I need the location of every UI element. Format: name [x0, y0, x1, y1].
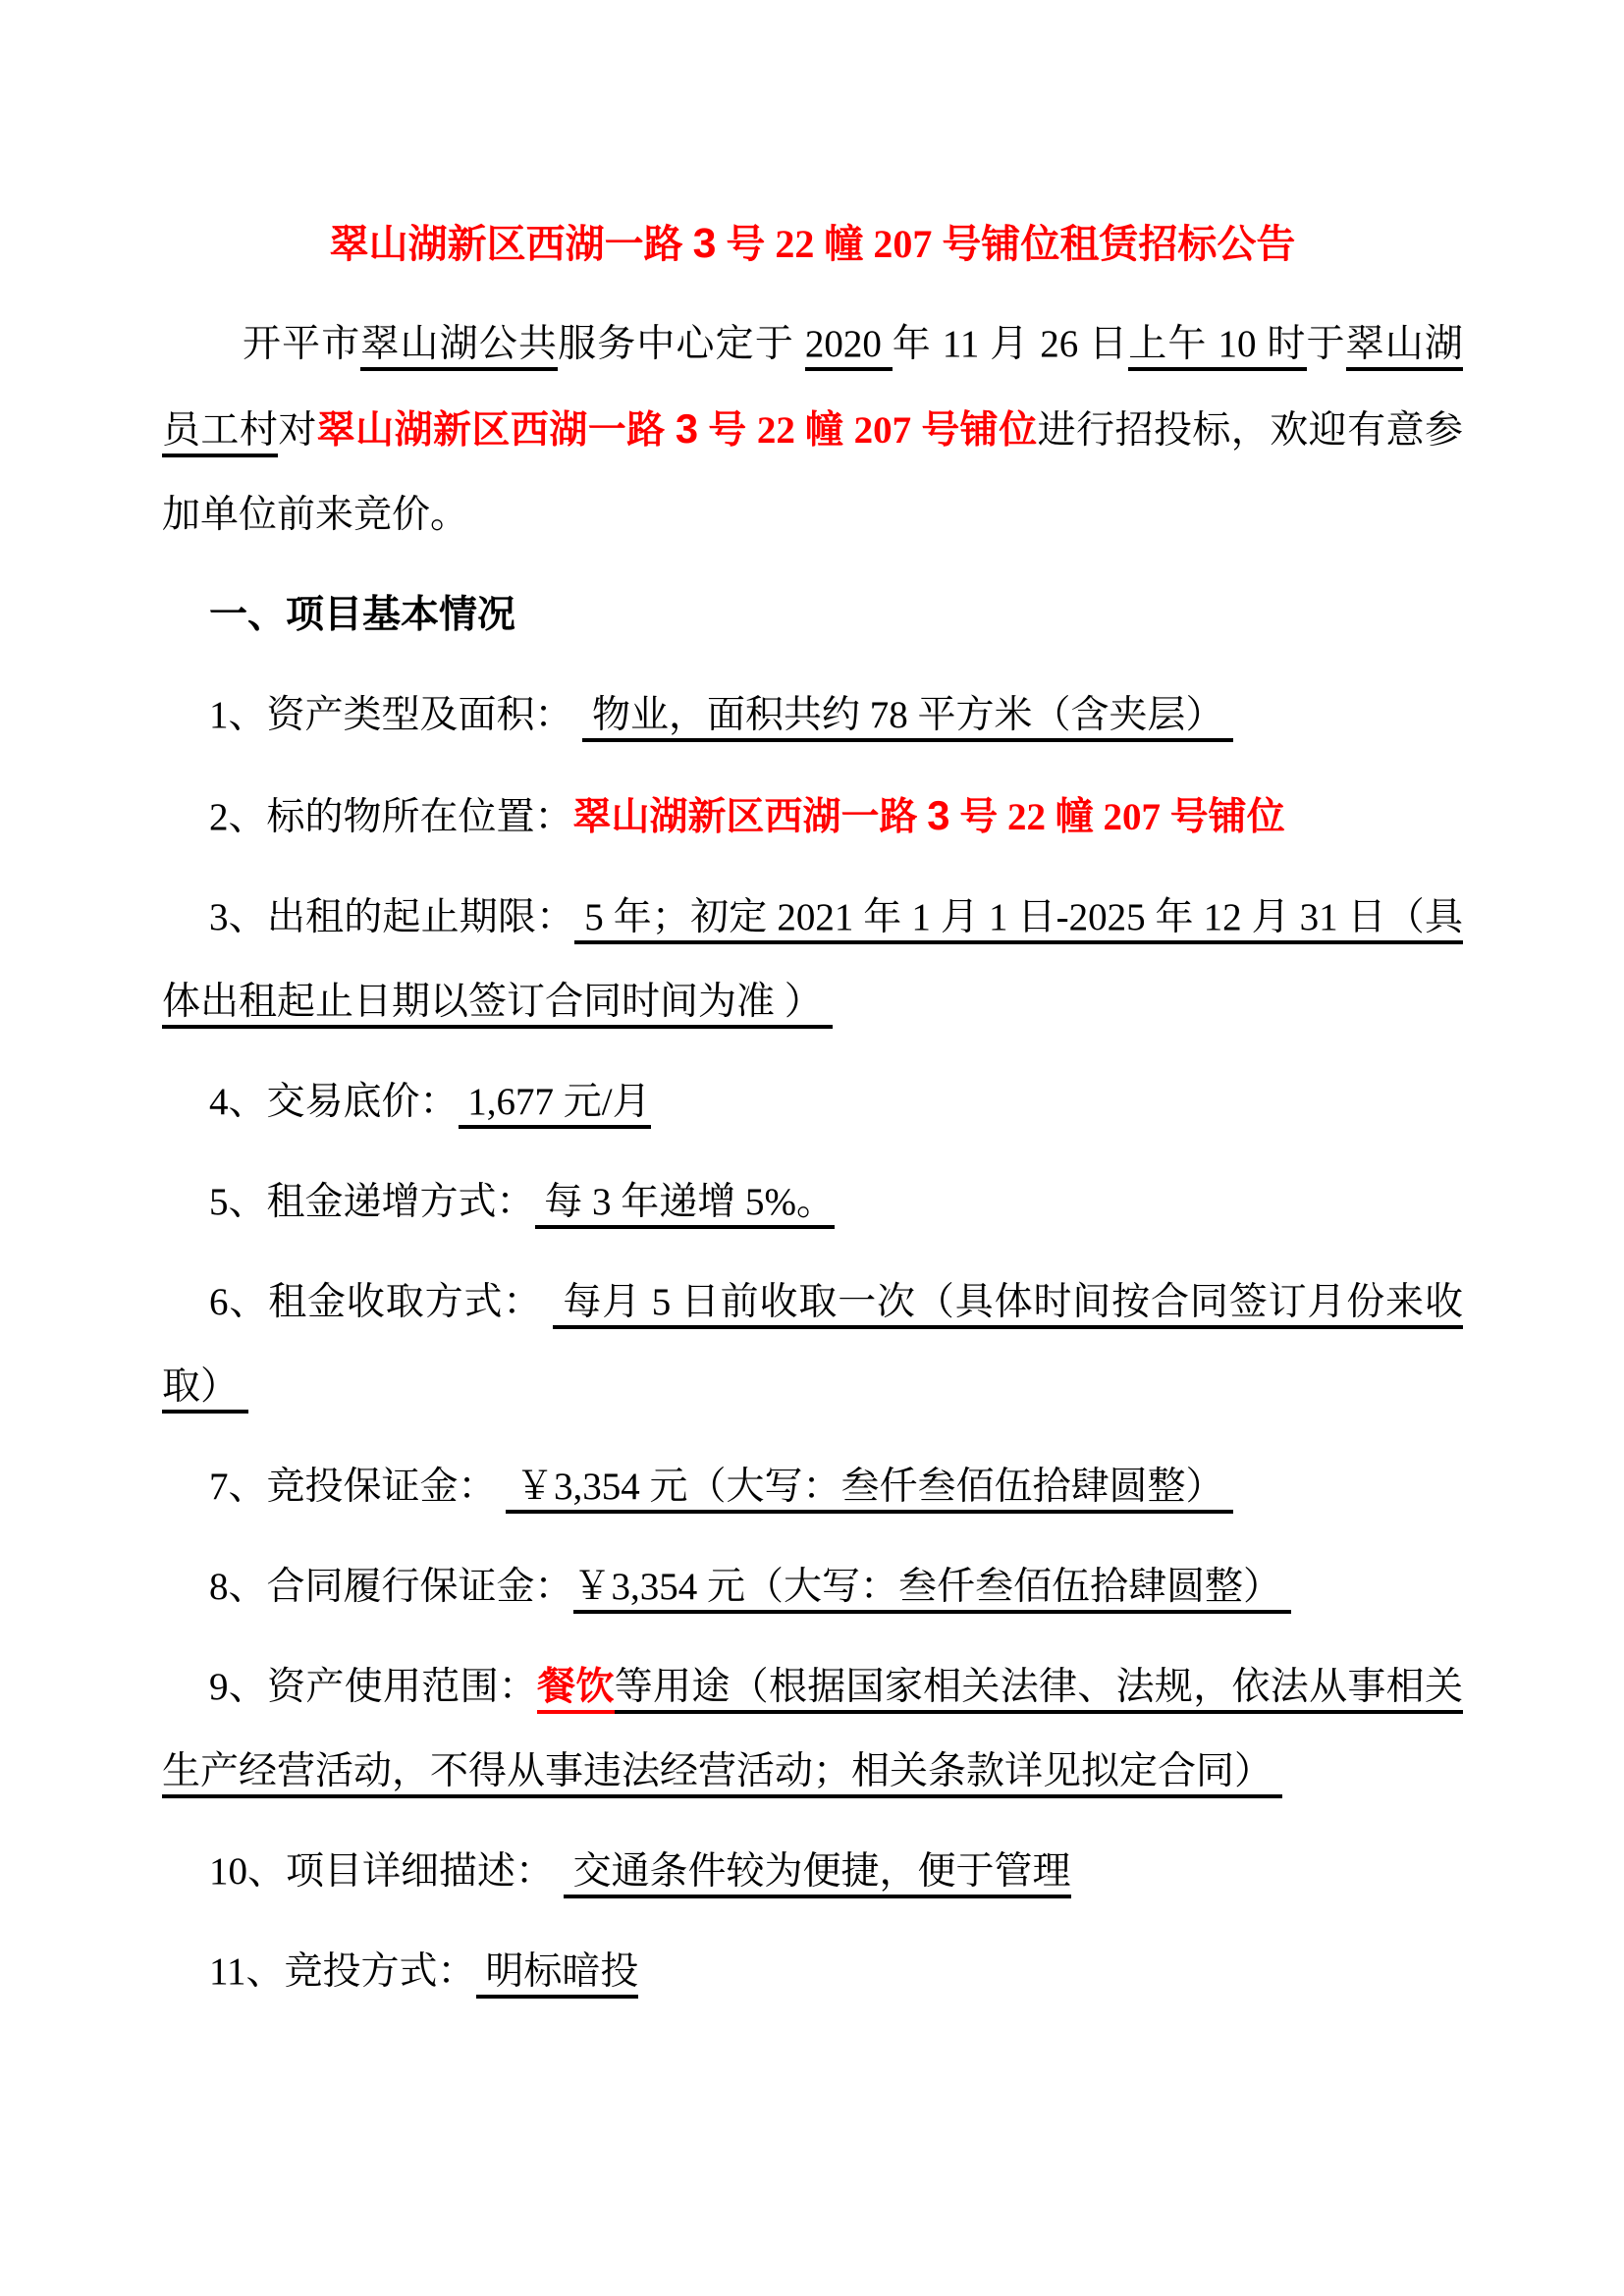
- intro-org-prefix: 开平市: [243, 323, 360, 365]
- intro-paragraph: 开平市翠山湖公共服务中心定于 2020 年 11 月 26 日上午 10 时于翠…: [162, 302, 1463, 558]
- item-10-label: 10、项目详细描述：: [209, 1850, 564, 1893]
- item-4: 4、交易底价： 1,677 元/月: [162, 1060, 1463, 1145]
- item-1-value: 物业，面积共约 78 平方米（含夹层）: [582, 694, 1233, 742]
- item-9-value-red: 餐饮: [537, 1666, 615, 1714]
- item-2-value-red-2: 号 22 幢 207 号铺位: [949, 796, 1284, 838]
- item-5-value: 每 3 年递增 5%。: [535, 1181, 836, 1229]
- intro-time-underlined: 上午 10 时: [1128, 323, 1306, 371]
- title-text-part2: 号 22 幢 207 号铺位租赁招标公告: [716, 222, 1295, 266]
- intro-text-3: 对: [278, 409, 316, 452]
- item-6: 6、租金收取方式： 每月 5 日前收取一次（具体时间按合同签订月份来收取）: [162, 1260, 1463, 1429]
- item-5-label: 5、租金递增方式：: [209, 1181, 535, 1223]
- item-2-value-number-3: 3: [927, 792, 949, 838]
- intro-property-number-3: 3: [676, 405, 698, 452]
- item-4-label: 4、交易底价：: [209, 1081, 459, 1123]
- item-3: 3、出租的起止期限： 5 年；初定 2021 年 1 月 1 日-2025 年 …: [162, 876, 1463, 1044]
- item-2-label: 2、标的物所在位置：: [209, 796, 573, 838]
- item-3-label: 3、出租的起止期限：: [209, 896, 574, 938]
- intro-property-red-2: 号 22 幢 207 号铺位: [698, 409, 1038, 452]
- item-7-value: ￥3,354 元（大写：叁仟叁佰伍拾肆圆整）: [506, 1466, 1233, 1514]
- item-11-label: 11、竞投方式：: [209, 1950, 476, 1993]
- document-title: 翠山湖新区西湖一路 3 号 22 幢 207 号铺位租赁招标公告: [162, 201, 1463, 287]
- item-2-value-red-1: 翠山湖新区西湖一路: [573, 796, 928, 838]
- item-1: 1、资产类型及面积： 物业，面积共约 78 平方米（含夹层）: [162, 673, 1463, 758]
- item-11: 11、竞投方式： 明标暗投: [162, 1930, 1463, 2014]
- item-10-value: 交通条件较为便捷，便于管理: [564, 1850, 1071, 1898]
- title-text-part1: 翠山湖新区西湖一路: [330, 222, 693, 266]
- item-8: 8、合同履行保证金：￥3,354 元（大写：叁仟叁佰伍拾肆圆整）: [162, 1545, 1463, 1629]
- section-heading-text: 一、项目基本情况: [209, 594, 515, 636]
- section-heading: 一、项目基本情况: [162, 573, 1463, 658]
- item-4-value: 1,677 元/月: [459, 1081, 651, 1129]
- title-number-3: 3: [693, 220, 717, 267]
- intro-org-underlined: 翠山湖公共: [360, 323, 558, 371]
- item-9: 9、资产使用范围：餐饮等用途（根据国家相关法律、法规，依法从事相关生产经营活动，…: [162, 1645, 1463, 1814]
- item-7: 7、竞投保证金： ￥3,354 元（大写：叁仟叁佰伍拾肆圆整）: [162, 1445, 1463, 1529]
- item-8-value: ￥3,354 元（大写：叁仟叁佰伍拾肆圆整）: [573, 1566, 1291, 1614]
- item-6-label: 6、租金收取方式：: [209, 1281, 553, 1323]
- item-9-label: 9、资产使用范围：: [209, 1666, 537, 1708]
- intro-date-text: 年 11 月 26 日: [893, 323, 1129, 365]
- item-11-value: 明标暗投: [476, 1950, 639, 1999]
- item-7-label: 7、竞投保证金：: [209, 1466, 506, 1508]
- intro-text-1: 服务中心定于: [558, 323, 805, 365]
- intro-year-underlined: 2020: [805, 323, 893, 371]
- intro-property-red-1: 翠山湖新区西湖一路: [317, 409, 676, 452]
- item-10: 10、项目详细描述： 交通条件较为便捷，便于管理: [162, 1830, 1463, 1914]
- item-2: 2、标的物所在位置：翠山湖新区西湖一路 3 号 22 幢 207 号铺位: [162, 774, 1463, 860]
- item-1-label: 1、资产类型及面积：: [209, 694, 582, 736]
- document-page: 翠山湖新区西湖一路 3 号 22 幢 207 号铺位租赁招标公告 开平市翠山湖公…: [0, 0, 1624, 2296]
- item-5: 5、租金递增方式： 每 3 年递增 5%。: [162, 1160, 1463, 1245]
- intro-text-2: 于: [1307, 323, 1346, 365]
- item-8-label: 8、合同履行保证金：: [209, 1566, 573, 1608]
